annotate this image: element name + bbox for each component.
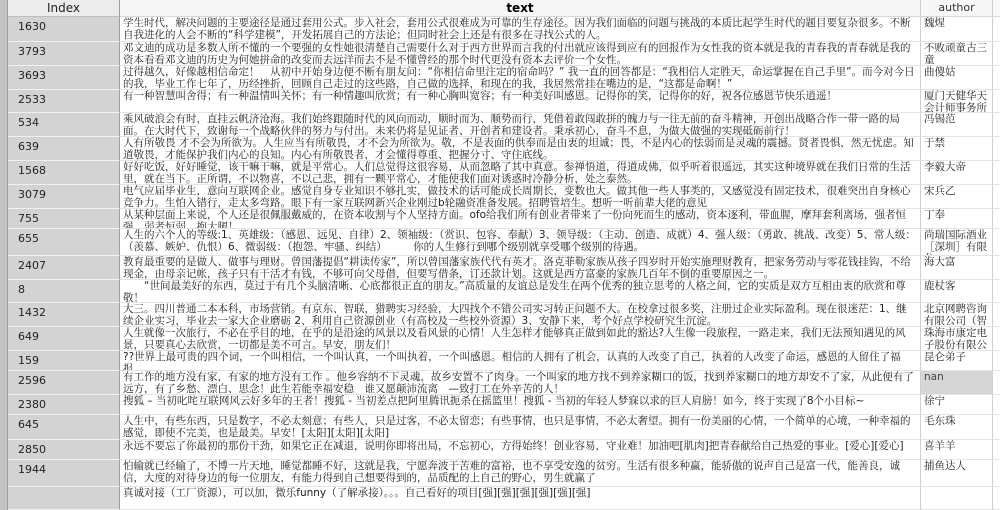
clipped-column-sliver <box>993 487 1000 510</box>
table-row[interactable]: 639人有所敬畏 才不会为所欲为。人生应当有所敬畏，才不会为所欲为。敬，不是表面… <box>8 137 1000 161</box>
cell-index: 3079 <box>8 185 120 209</box>
cell-author: 捕鱼达人 <box>921 460 993 487</box>
cell-author: 厦门天健华天会计师事务所员工 <box>921 90 993 113</box>
column-header-index[interactable]: Index <box>8 0 120 17</box>
cell-text: 教育最重要的是做人、做事与理财。曾国藩提倡“耕读传家”，所以曾国藩家族代代有英才… <box>120 256 921 280</box>
cell-text: 搜狐 – 当初叱咤互联网风云好多年的王者！搜狐 - 当初差点把阿里腾讯扼杀在摇篮… <box>120 395 921 415</box>
cell-index: 1630 <box>8 17 120 42</box>
clipped-column-sliver <box>993 460 1000 487</box>
cell-index: 2380 <box>8 395 120 415</box>
clipped-column-sliver <box>993 229 1000 256</box>
cell-author: 鹿杖客 <box>921 280 993 303</box>
table-row[interactable]: 1432大三。四川普通二本本科，市场营销。有京东、智联，猎聘实习经验，大四找个不… <box>8 303 1000 327</box>
cell-index <box>8 487 120 510</box>
clipped-column-sliver <box>993 161 1000 185</box>
cell-author: 尚瑞国际酒业［深圳］有限公 <box>921 229 993 256</box>
table-header-row: Index text author <box>8 0 1000 17</box>
clipped-column-sliver <box>993 113 1000 137</box>
table-row[interactable]: 1630学生时代，解决问题的主要途径是通过套用公式。步入社会，套用公式很难成为可… <box>8 17 1000 42</box>
cell-author: 魏煋 <box>921 17 993 42</box>
cell-index: 639 <box>8 137 120 161</box>
cell-text: 电气应届毕业生，意向互联网企业。感觉自身专业知识不够扎实，做技术的话可能成长周期… <box>120 185 921 209</box>
cell-author: 毛东珠 <box>921 415 993 440</box>
cell-index: 3793 <box>8 42 120 66</box>
clipped-column-sliver <box>993 42 1000 66</box>
cell-text: 过得越久，好像越相信命定！ 从初中开始身边便不断有朋友问：“你相信命里注定的宿命… <box>120 66 921 90</box>
clipped-column-sliver <box>993 303 1000 327</box>
cell-author <box>921 487 993 510</box>
column-header-text[interactable]: text <box>120 0 921 17</box>
clipped-column-sliver <box>993 395 1000 415</box>
cell-index: 649 <box>8 327 120 351</box>
cell-text: 人生的六个人的等级:1、英雄级：（感恩、远见、自律）2、领袖级：（赏识、包容、奉… <box>120 229 921 256</box>
table-row[interactable]: 645人生中，有些东西，只是数字，不必太刻意；有些人，只是过客，不必太留恋；有些… <box>8 415 1000 440</box>
cell-text: 乘风破浪会有时，直挂云帆济沧海。我们始终跟随时代的风向而动，顺时而为、顺势而行，… <box>120 113 921 137</box>
table-row[interactable]: 8 “世间最美好的东西，莫过于有几个头脑清晰、心底都很正直的朋友。”高质量的友谊… <box>8 280 1000 303</box>
cell-text: 怕输就已经输了，不博一片天地，睡觉都睡不好，这就是我，宁愿奔波于苦难的富裕，也不… <box>120 460 921 487</box>
cell-text: 从某种层面上来说，个人还是很佩服戴威的，在资本收割与个人坚持方面。ofo给我们所… <box>120 209 921 229</box>
table-row[interactable]: 1568好好吃饭，好好睡觉，该干嘛干嘛，就是平常心。人们总觉得这很容易，从而忽略… <box>8 161 1000 185</box>
table-body: 1630学生时代，解决问题的主要途径是通过套用公式。步入社会，套用公式很难成为可… <box>8 17 1000 510</box>
table-row[interactable]: 649人生就像一次旅行，不必在乎目的地，在乎的是沿途的风景以及看风景的心情！人生… <box>8 327 1000 351</box>
table-row[interactable]: 755从某种层面上来说，个人还是很佩服戴威的，在资本收割与个人坚持方面。ofo给… <box>8 209 1000 229</box>
cell-index: 755 <box>8 209 120 229</box>
table-row[interactable]: 3693过得越久，好像越相信命定！ 从初中开始身边便不断有朋友问：“你相信命里注… <box>8 66 1000 90</box>
table-row[interactable]: 2850永远不要忘了你最初的那份干劲，如果它正在减退，说明你即将出局，不忘初心，… <box>8 440 1000 460</box>
cell-text: ??世界上最可贵的四个词，一个叫相信，一个叫认真，一个叫执着，一个叫感恩。相信的… <box>120 351 921 371</box>
data-table: Index text author 1630学生时代，解决问题的主要途径是通过套… <box>8 0 1000 510</box>
cell-text: 人有所敬畏 才不会为所欲为。人生应当有所敬畏，才不会为所欲为。敬，不是表面的供奉… <box>120 137 921 161</box>
clipped-column-sliver <box>993 209 1000 229</box>
clipped-column-sliver <box>993 90 1000 113</box>
dataframe-viewer: Index text author 1630学生时代，解决问题的主要途径是通过套… <box>0 0 1000 510</box>
cell-text: 永远不要忘了你最初的那份干劲，如果它正在减退，说明你即将出局，不忘初心，方得始终… <box>120 440 921 460</box>
cell-text: 好好吃饭，好好睡觉，该干嘛干嘛，就是平常心。人们总觉得这很容易，从而忽略了其中真… <box>120 161 921 185</box>
cell-index: 2596 <box>8 371 120 395</box>
table-row-partial[interactable]: 真诚对接（工厂资源），可以加，微乐funny（了解承接）。。。自己看好的项目[强… <box>8 487 1000 510</box>
clipped-column-sliver <box>993 256 1000 280</box>
cell-text: 大三。四川普通二本本科，市场营销。有京东、智联，猎聘实习经验，大四找个不错公司实… <box>120 303 921 327</box>
clipped-column-sliver <box>993 440 1000 460</box>
cell-index: 645 <box>8 415 120 440</box>
clipped-column-sliver <box>993 66 1000 90</box>
cell-author: 冯锡范 <box>921 113 993 137</box>
table-row[interactable]: 2407教育最重要的是做人、做事与理财。曾国藩提倡“耕读传家”，所以曾国藩家族代… <box>8 256 1000 280</box>
table-row[interactable]: 3793邓文迪的成功是多数人所不懂的一个要强的女性她很清楚自己需要什么对于西方世… <box>8 42 1000 66</box>
cell-author: 喜羊羊 <box>921 440 993 460</box>
clipped-column-sliver <box>993 280 1000 303</box>
table-row[interactable]: 534乘风破浪会有时，直挂云帆济沧海。我们始终跟随时代的风向而动，顺时而为、顺势… <box>8 113 1000 137</box>
table-row[interactable]: 3079电气应届毕业生，意向互联网企业。感觉自身专业知识不够扎实，做技术的话可能… <box>8 185 1000 209</box>
cell-index: 1944 <box>8 460 120 487</box>
cell-index: 2533 <box>8 90 120 113</box>
table-row[interactable]: 655人生的六个人的等级:1、英雄级：（感恩、远见、自律）2、领袖级：（赏识、包… <box>8 229 1000 256</box>
cell-text: 邓文迪的成功是多数人所不懂的一个要强的女性她很清楚自己需要什么对于西方世界而言我… <box>120 42 921 66</box>
clipped-column-sliver <box>993 371 1000 395</box>
cell-index: 3693 <box>8 66 120 90</box>
cell-author: 李毅大帝 <box>921 161 993 185</box>
cell-index: 534 <box>8 113 120 137</box>
cell-author: 不败顽童古三童 <box>921 42 993 66</box>
cell-text: “世间最美好的东西，莫过于有几个头脑清晰、心底都很正直的朋友。”高质量的友谊总是… <box>120 280 921 303</box>
cell-index: 2850 <box>8 440 120 460</box>
clipped-column-sliver <box>993 17 1000 42</box>
table-row[interactable]: 2533有一种智慧叫舍得；有一种温情叫关怀；有一种情趣叫欣赏；有一种心胸叫宽容；… <box>8 90 1000 113</box>
table-row[interactable]: 1944怕输就已经输了，不博一片天地，睡觉都睡不好，这就是我，宁愿奔波于苦难的富… <box>8 460 1000 487</box>
cell-text: 人生就像一次旅行，不必在乎目的地，在乎的是沿途的风景以及看风景的心情！人生怎样才… <box>120 327 921 351</box>
cell-index: 8 <box>8 280 120 303</box>
cell-index: 159 <box>8 351 120 371</box>
clipped-column-sliver <box>993 327 1000 351</box>
clipped-column-sliver <box>993 185 1000 209</box>
cell-author: 丁奉 <box>921 209 993 229</box>
cell-author: 徐宁 <box>921 395 993 415</box>
cell-text: 真诚对接（工厂资源），可以加，微乐funny（了解承接）。。。自己看好的项目[强… <box>120 487 921 510</box>
table-row[interactable]: 2380搜狐 – 当初叱咤互联网风云好多年的王者！搜狐 - 当初差点把阿里腾讯扼… <box>8 395 1000 415</box>
clipped-column-sliver <box>993 137 1000 161</box>
clipped-column-sliver-header <box>993 0 1000 17</box>
clipped-column-sliver <box>993 351 1000 371</box>
cell-author: 珠海市康定电子股份有限公司员 <box>921 327 993 351</box>
cell-index: 655 <box>8 229 120 256</box>
cell-text: 有一种智慧叫舍得；有一种温情叫关怀；有一种情趣叫欣赏；有一种心胸叫宽容；有一种美… <box>120 90 921 113</box>
cell-index: 2407 <box>8 256 120 280</box>
cell-author: 曲傻姑 <box>921 66 993 90</box>
cell-author: 北京网聘咨询有限公司（智联招 <box>921 303 993 327</box>
cell-text: 有工作的地方没有家，有家的地方没有工作 。他乡容纳不下灵魂，故乡安置不了肉身。一… <box>120 371 921 395</box>
cell-text: 学生时代，解决问题的主要途径是通过套用公式。步入社会，套用公式很难成为可靠的生存… <box>120 17 921 42</box>
cell-author-missing: nan <box>921 371 993 395</box>
column-header-author[interactable]: author <box>921 0 993 17</box>
cell-author: 宋兵乙 <box>921 185 993 209</box>
clipped-column-sliver <box>993 415 1000 440</box>
table-row[interactable]: 159??世界上最可贵的四个词，一个叫相信，一个叫认真，一个叫执着，一个叫感恩。… <box>8 351 1000 371</box>
cell-author: 于禁 <box>921 137 993 161</box>
cell-text: 人生中，有些东西，只是数字，不必太刻意；有些人，只是过客，不必太留恋；有些事情，… <box>120 415 921 440</box>
cell-index: 1432 <box>8 303 120 327</box>
cell-author: 海大富 <box>921 256 993 280</box>
cell-index: 1568 <box>8 161 120 185</box>
cell-author: 昆仑弟子 <box>921 351 993 371</box>
left-row-gutter <box>0 0 8 510</box>
table-row[interactable]: 2596有工作的地方没有家，有家的地方没有工作 。他乡容纳不下灵魂，故乡安置不了… <box>8 371 1000 395</box>
